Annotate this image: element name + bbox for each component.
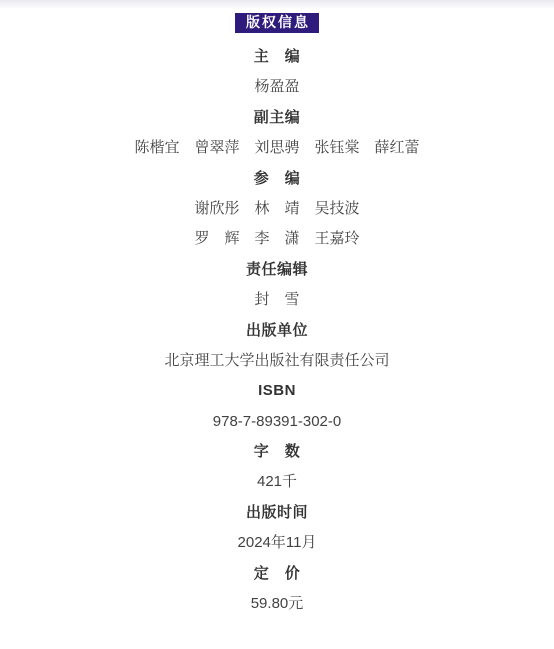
field-value: 59.80元 <box>0 589 554 619</box>
field-value: 封 雪 <box>0 285 554 315</box>
field-value: 978-7-89391-302-0 <box>0 407 554 437</box>
copyright-info-page: 版权信息 主 编杨盈盈副主编陈楷宜 曾翠萍 刘思骋 张钰棠 薛红蕾参 编谢欣彤 … <box>0 0 554 649</box>
copyright-info-badge: 版权信息 <box>235 13 319 33</box>
field-label: 出版单位 <box>0 316 554 346</box>
top-fade-decoration <box>0 0 554 9</box>
field-label: 责任编辑 <box>0 255 554 285</box>
field-label: 副主编 <box>0 103 554 133</box>
field-value: 2024年11月 <box>0 528 554 558</box>
field-value: 谢欣彤 林 靖 吴技波 <box>0 194 554 224</box>
field-value: 罗 辉 李 潇 王嘉玲 <box>0 224 554 254</box>
field-label: 定 价 <box>0 559 554 589</box>
field-value: 杨盈盈 <box>0 72 554 102</box>
field-label: 主 编 <box>0 42 554 72</box>
field-label: 字 数 <box>0 437 554 467</box>
field-value: 北京理工大学出版社有限责任公司 <box>0 346 554 376</box>
field-value: 421千 <box>0 467 554 497</box>
field-label: ISBN <box>0 376 554 406</box>
field-label: 出版时间 <box>0 498 554 528</box>
field-value: 陈楷宜 曾翠萍 刘思骋 张钰棠 薛红蕾 <box>0 133 554 163</box>
copyright-fields-list: 主 编杨盈盈副主编陈楷宜 曾翠萍 刘思骋 张钰棠 薛红蕾参 编谢欣彤 林 靖 吴… <box>0 42 554 619</box>
field-label: 参 编 <box>0 164 554 194</box>
